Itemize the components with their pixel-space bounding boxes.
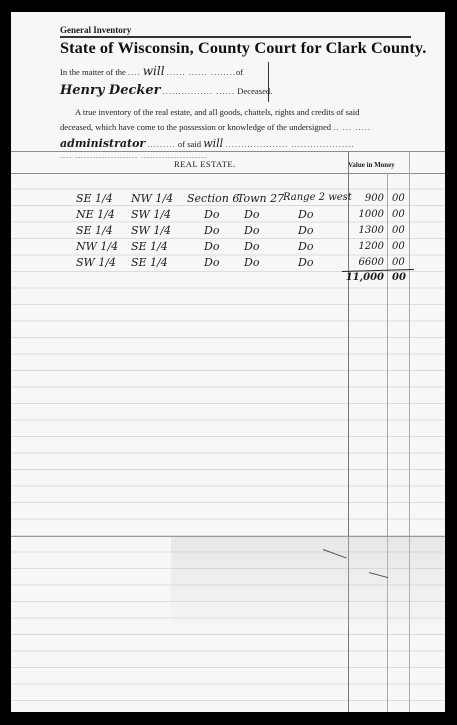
row-3-section: Do: [204, 224, 219, 237]
row-2-cents: 00: [392, 209, 405, 220]
form-label: General Inventory: [60, 25, 131, 35]
row-2-section: Do: [204, 208, 219, 221]
row-5-section: Do: [204, 256, 219, 269]
of-said-label: of said: [178, 139, 201, 149]
row-4-section: Do: [204, 240, 219, 253]
row-4-range: Do: [298, 240, 313, 253]
row-5-cents: 00: [392, 257, 405, 268]
row-3-town: Do: [244, 224, 259, 237]
real-estate-header: REAL ESTATE.: [174, 159, 236, 169]
inventory-page: General Inventory State of Wisconsin, Co…: [11, 12, 445, 712]
matter-line: In the matter of the .... will ...... ..…: [60, 64, 243, 78]
of-said-value: will: [203, 137, 223, 150]
row-2-quarter: NE 1/4: [76, 208, 115, 221]
matter-prefix: In the matter of the: [60, 67, 126, 77]
row-4-cents: 00: [392, 241, 405, 252]
name-bracket: [268, 62, 269, 102]
row-1-dollars: 900: [350, 193, 384, 204]
row-1-quarter: SE 1/4: [76, 192, 113, 205]
row-5-range: Do: [298, 256, 313, 269]
deceased-line: Henry Decker ................ ...... Dec…: [60, 83, 272, 98]
ruled-lines: [11, 173, 445, 712]
row-4-quarter: NW 1/4: [76, 240, 118, 253]
role-line: administrator ......... of said will ...…: [60, 137, 354, 150]
row-3-dollars: 1300: [350, 225, 384, 236]
row-3-of-quarter: SW 1/4: [131, 224, 171, 237]
row-3-quarter: SE 1/4: [76, 224, 113, 237]
row-5-town: Do: [244, 256, 259, 269]
fold-line: [11, 536, 445, 537]
role-value: administrator: [60, 137, 145, 150]
court-title: State of Wisconsin, County Court for Cla…: [60, 38, 426, 58]
row-1-town: Town 27: [237, 192, 284, 205]
total-cents: 00: [392, 272, 406, 283]
deceased-name: Henry Decker: [60, 83, 161, 98]
row-4-of-quarter: SE 1/4: [131, 240, 168, 253]
row-4-dollars: 1200: [350, 241, 384, 252]
row-5-of-quarter: SE 1/4: [131, 256, 168, 269]
row-4-town: Do: [244, 240, 259, 253]
total-dollars: 11,000: [341, 272, 384, 283]
intro-line-2: deceased, which have come to the possess…: [60, 122, 371, 132]
value-column-left-line: [348, 152, 349, 712]
table-top-rule: [11, 151, 445, 152]
row-3-range: Do: [298, 224, 313, 237]
row-5-quarter: SW 1/4: [76, 256, 116, 269]
row-1-section: Section 6: [187, 192, 239, 205]
row-1-cents: 00: [392, 193, 405, 204]
fold-shading: [171, 537, 445, 627]
row-2-range: Do: [298, 208, 313, 221]
row-2-town: Do: [244, 208, 259, 221]
row-1-of-quarter: NW 1/4: [131, 192, 173, 205]
row-2-dollars: 1000: [350, 209, 384, 220]
value-in-money-header: Value in Money: [348, 161, 395, 169]
matter-suffix: of: [236, 67, 243, 77]
row-3-cents: 00: [392, 225, 405, 236]
matter-value: will: [143, 64, 165, 78]
row-5-dollars: 6600: [350, 257, 384, 268]
cents-column-line: [387, 174, 388, 712]
value-column-right-line: [409, 152, 410, 712]
row-2-of-quarter: SW 1/4: [131, 208, 171, 221]
intro-line-1: A true inventory of the real estate, and…: [75, 107, 359, 117]
row-1-range: Range 2 west: [283, 192, 352, 203]
